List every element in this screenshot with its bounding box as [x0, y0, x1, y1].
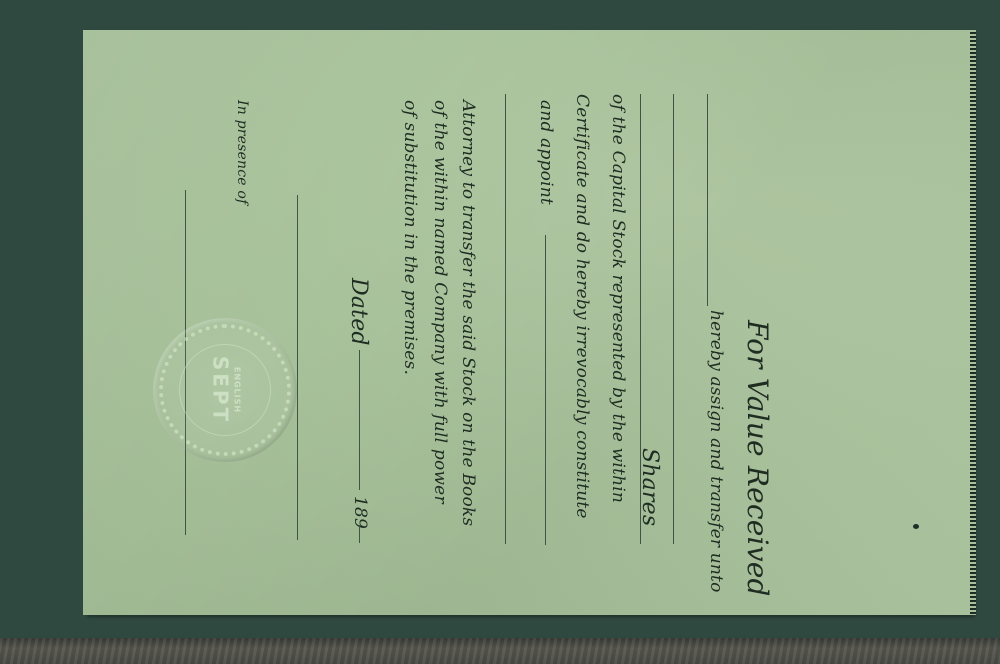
label-in-presence-of: In presence of — [235, 100, 249, 204]
wood-floor-strip — [0, 638, 1000, 664]
label-shares: Shares — [638, 448, 660, 526]
rule-date[interactable] — [359, 350, 360, 490]
line-within-named-company: of the within named Company with full po… — [431, 100, 448, 504]
seal-center-text: ENGLISH SEPT — [209, 356, 242, 424]
perforated-edge — [970, 30, 976, 615]
pin-hole — [913, 524, 919, 529]
rule-attorney-2 — [505, 94, 506, 544]
line-certificate-constitute: Certificate and do hereby irrevocably co… — [573, 94, 590, 519]
rule-year[interactable] — [359, 525, 360, 543]
seal-center-sub: ENGLISH — [233, 356, 242, 424]
rule-name-1 — [673, 94, 674, 544]
line-and-appoint: and appoint — [537, 100, 554, 205]
seal-center-year: SEPT — [209, 356, 233, 424]
label-dated: Dated — [347, 278, 369, 346]
rule-witness-1[interactable] — [297, 195, 298, 540]
rule-assignee — [707, 94, 708, 306]
line-assign-transfer: hereby assign and transfer unto — [707, 310, 724, 593]
line-substitution: of substitution in the premises. — [401, 100, 418, 375]
certificate-paper: For Value Received hereby assign and tra… — [83, 30, 971, 615]
rule-attorney-1 — [545, 235, 546, 545]
line-capital-stock: of the Capital Stock represented by the … — [609, 94, 626, 503]
heading-for-value-received: For Value Received — [743, 320, 771, 597]
line-attorney-transfer: Attorney to transfer the said Stock on t… — [459, 100, 476, 526]
embossed-company-seal: ENGLISH SEPT — [153, 318, 297, 462]
